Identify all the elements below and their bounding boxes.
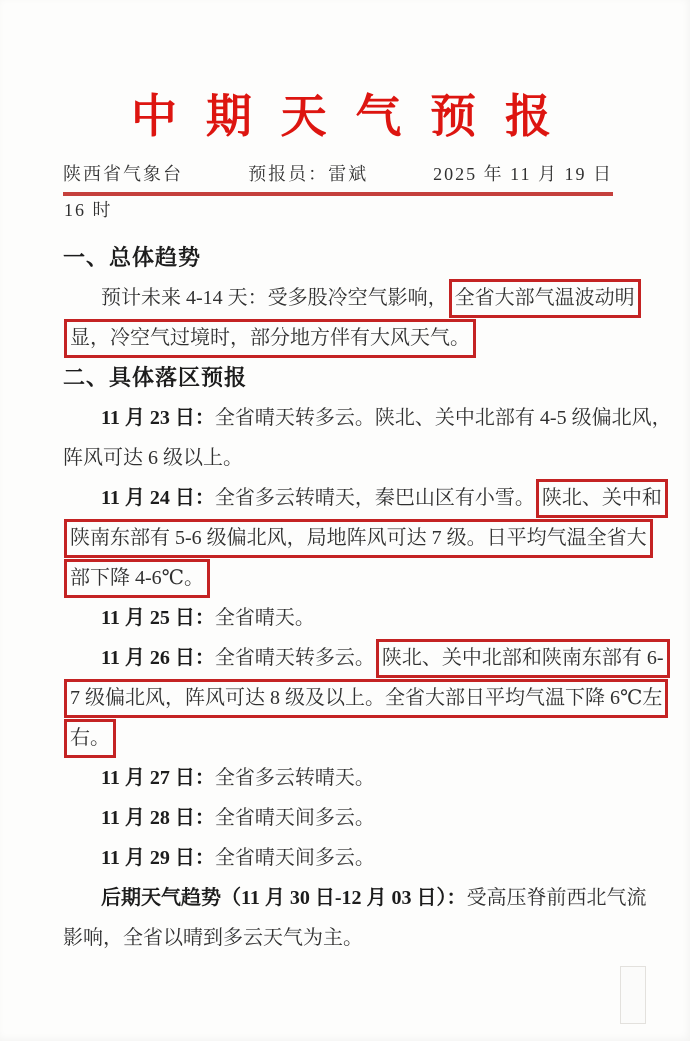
text-line: 11 月 24 日：全省多云转晴天，秦巴山区有小雪。陕北、关中和 bbox=[63, 478, 627, 518]
highlighted-text: 陕北、关中和 bbox=[536, 479, 668, 518]
document-page: 中 期 天 气 预 报 陕西省气象台 预报员：雷斌 2025 年 11 月 19… bbox=[0, 0, 690, 1041]
text-segment: 11 月 24 日： bbox=[101, 487, 215, 509]
text-line: 7 级偏北风，阵风可达 8 级及以上。全省大部日平均气温下降 6℃左 bbox=[63, 678, 627, 718]
text-line: 影响，全省以晴到多云天气为主。 bbox=[63, 918, 627, 958]
text-line: 显，冷空气过境时，部分地方伴有大风天气。 bbox=[63, 318, 627, 358]
text-segment: 11 月 28 日： bbox=[101, 807, 215, 829]
text-line: 陕南东部有 5-6 级偏北风，局地阵风可达 7 级。日平均气温全省大 bbox=[63, 518, 627, 558]
text-line: 11 月 25 日：全省晴天。 bbox=[63, 598, 627, 638]
text-segment: 全省晴天间多云。 bbox=[215, 847, 375, 869]
text-segment: 后期天气趋势（11 月 30 日-12 月 03 日）： bbox=[101, 887, 467, 909]
text-line: 11 月 23 日：全省晴天转多云。陕北、关中北部有 4-5 级偏北风， bbox=[63, 398, 627, 438]
text-line: 后期天气趋势（11 月 30 日-12 月 03 日）：受高压脊前西北气流 bbox=[63, 878, 627, 918]
text-line: 阵风可达 6 级以上。 bbox=[63, 438, 627, 478]
text-segment: 11 月 27 日： bbox=[101, 767, 215, 789]
agency-name: 陕西省气象台 bbox=[63, 160, 183, 186]
text-segment: 阵风可达 6 级以上。 bbox=[63, 447, 243, 469]
highlighted-text: 陕北、关中北部和陕南东部有 6- bbox=[376, 639, 670, 678]
text-segment: 全省晴天转多云。 bbox=[215, 647, 375, 669]
highlighted-text: 部下降 4-6℃。 bbox=[64, 559, 210, 598]
meta-row: 陕西省气象台 预报员：雷斌 2025 年 11 月 19 日 bbox=[63, 160, 613, 196]
text-segment: 全省晴天间多云。 bbox=[215, 807, 375, 829]
document-body: 一、总体趋势预计未来 4-14 天：受多股冷空气影响，全省大部气温波动明显，冷空… bbox=[63, 238, 627, 958]
text-segment: 受高压脊前西北气流 bbox=[467, 887, 647, 909]
text-line: 11 月 28 日：全省晴天间多云。 bbox=[63, 798, 627, 838]
text-segment: 影响，全省以晴到多云天气为主。 bbox=[63, 927, 363, 949]
document-title: 中 期 天 气 预 报 bbox=[0, 80, 690, 146]
text-line: 部下降 4-6℃。 bbox=[63, 558, 627, 598]
highlighted-text: 全省大部气温波动明 bbox=[449, 279, 641, 318]
text-segment: 预计未来 4-14 天：受多股冷空气影响， bbox=[101, 287, 448, 309]
text-segment: 全省多云转晴天，秦巴山区有小雪。 bbox=[215, 487, 535, 509]
text-segment: 11 月 29 日： bbox=[101, 847, 215, 869]
issue-time: 16 时 bbox=[64, 196, 113, 222]
highlighted-text: 7 级偏北风，阵风可达 8 级及以上。全省大部日平均气温下降 6℃左 bbox=[64, 679, 668, 718]
forecaster-name: 预报员：雷斌 bbox=[248, 160, 368, 186]
text-segment: 全省晴天转多云。陕北、关中北部有 4-5 级偏北风， bbox=[215, 407, 672, 429]
section-heading: 二、具体落区预报 bbox=[63, 358, 627, 398]
text-line: 11 月 27 日：全省多云转晴天。 bbox=[63, 758, 627, 798]
text-segment: 11 月 23 日： bbox=[101, 407, 215, 429]
issue-date: 2025 年 11 月 19 日 bbox=[433, 160, 613, 186]
text-segment: 二、具体落区预报 bbox=[63, 365, 247, 390]
fold-watermark bbox=[620, 966, 646, 1024]
text-segment: 11 月 25 日： bbox=[101, 607, 215, 629]
text-line: 11 月 26 日：全省晴天转多云。陕北、关中北部和陕南东部有 6- bbox=[63, 638, 627, 678]
text-line: 11 月 29 日：全省晴天间多云。 bbox=[63, 838, 627, 878]
text-segment: 全省多云转晴天。 bbox=[215, 767, 375, 789]
text-line: 预计未来 4-14 天：受多股冷空气影响，全省大部气温波动明 bbox=[63, 278, 627, 318]
text-segment: 全省晴天。 bbox=[215, 607, 315, 629]
section-heading: 一、总体趋势 bbox=[63, 238, 627, 278]
text-segment: 11 月 26 日： bbox=[101, 647, 215, 669]
highlighted-text: 陕南东部有 5-6 级偏北风，局地阵风可达 7 级。日平均气温全省大 bbox=[64, 519, 653, 558]
highlighted-text: 右。 bbox=[64, 719, 116, 758]
text-segment: 一、总体趋势 bbox=[63, 245, 201, 270]
text-line: 右。 bbox=[63, 718, 627, 758]
highlighted-text: 显，冷空气过境时，部分地方伴有大风天气。 bbox=[64, 319, 476, 358]
